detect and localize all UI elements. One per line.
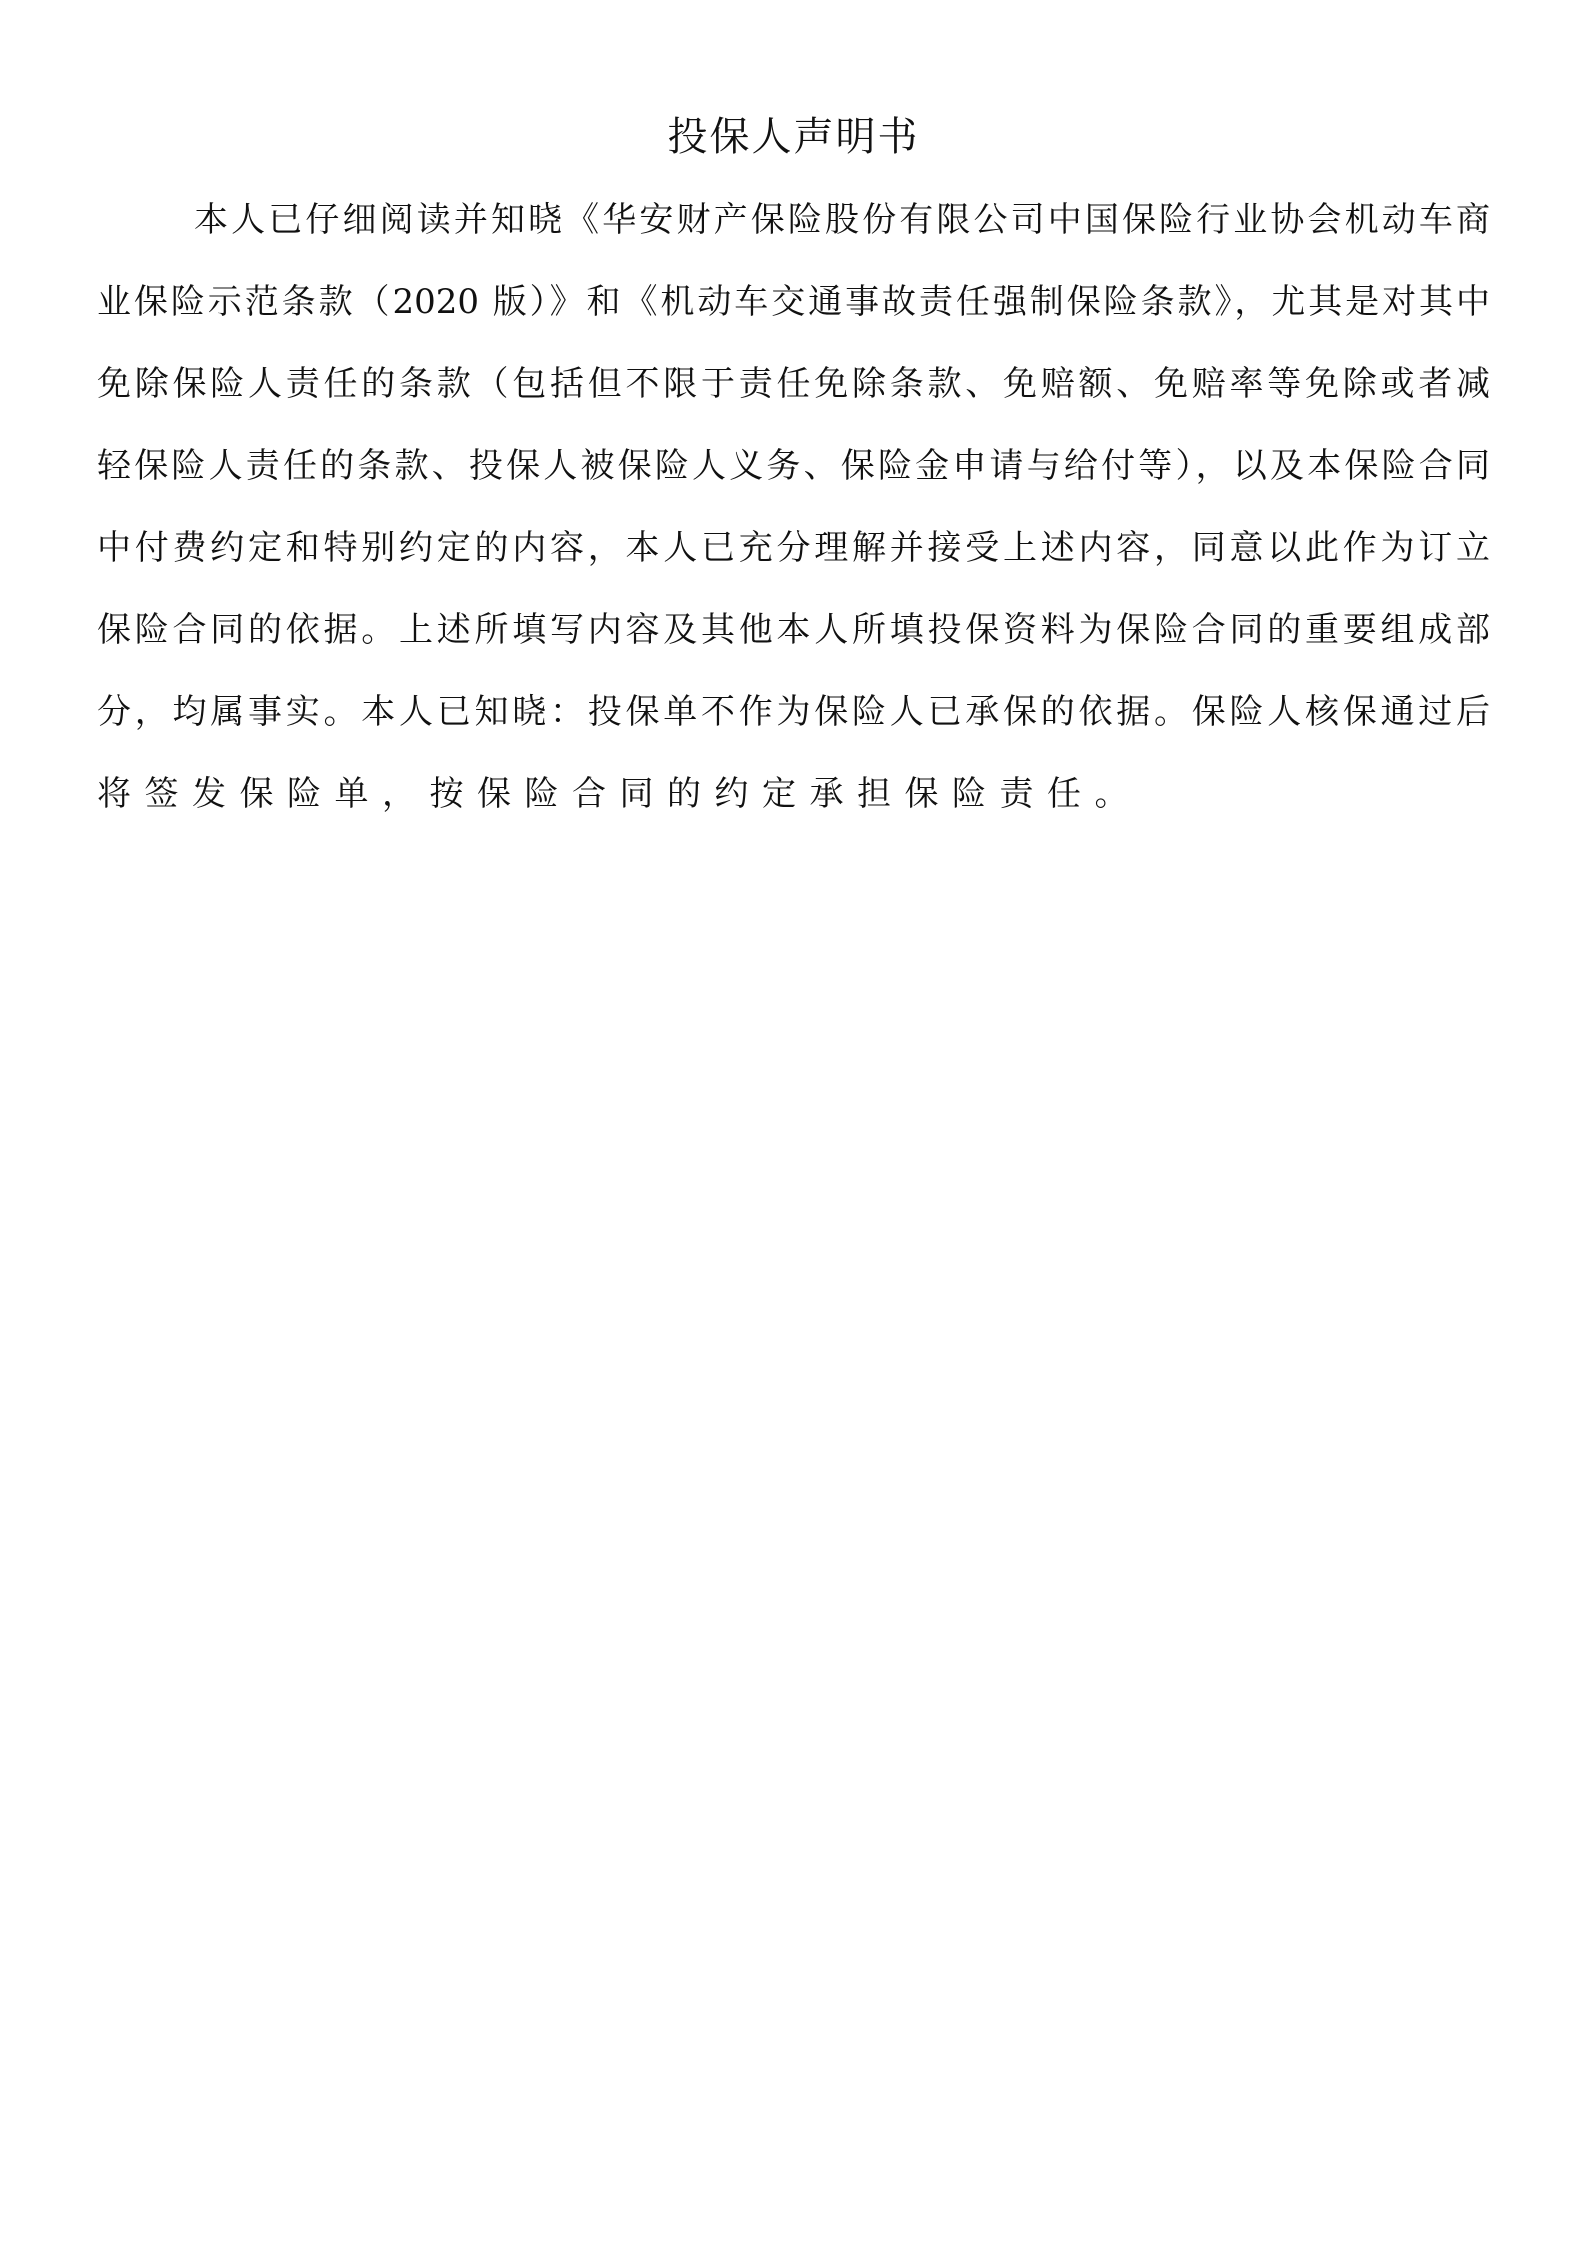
paragraph-line: 将签发保险单，按保险合同的约定承担保险责任。 [97,769,1490,851]
paragraph-line: 本人已仔细阅读并知晓《华安财产保险股份有限公司中国保险行业协会机动车商 [97,195,1490,277]
paragraph-line: 中付费约定和特别约定的内容，本人已充分理解并接受上述内容，同意以此作为订立 [97,523,1490,605]
paragraph-line: 轻保险人责任的条款、投保人被保险人义务、保险金申请与给付等），以及本保险合同 [97,441,1490,523]
paragraph-line: 保险合同的依据。上述所填写内容及其他本人所填投保资料为保险合同的重要组成部 [97,605,1490,687]
paragraph-line: 业保险示范条款（2020 版）》和《机动车交通事故责任强制保险条款》，尤其是对其… [97,277,1490,359]
paragraph-line: 分，均属事实。本人已知晓：投保单不作为保险人已承保的依据。保险人核保通过后 [97,687,1490,769]
declaration-paragraph: 本人已仔细阅读并知晓《华安财产保险股份有限公司中国保险行业协会机动车商 业保险示… [97,195,1497,851]
paragraph-line: 免除保险人责任的条款（包括但不限于责任免除条款、免赔额、免赔率等免除或者减 [97,359,1490,441]
document-title: 投保人声明书 [0,112,1587,162]
document-page: 投保人声明书 本人已仔细阅读并知晓《华安财产保险股份有限公司中国保险行业协会机动… [0,0,1587,2245]
